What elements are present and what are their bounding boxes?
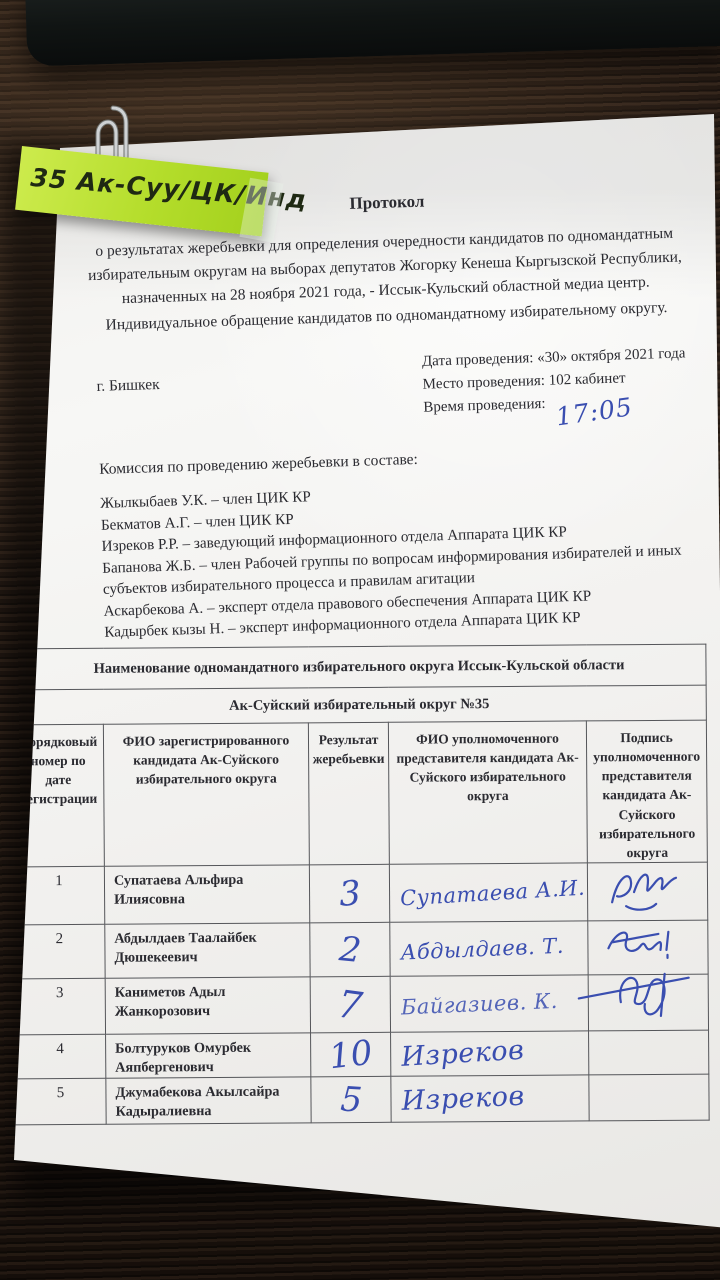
signature-scribble bbox=[600, 922, 696, 969]
representative-handwritten: Изреков bbox=[401, 1081, 525, 1117]
commission-list: Жылкыбаев У.К. – член ЦИК КР Бекматов А.… bbox=[100, 474, 698, 644]
cell-result: 2 bbox=[310, 922, 390, 977]
cell-signature bbox=[587, 862, 707, 921]
cell-number: 5 bbox=[15, 1078, 106, 1125]
cell-signature bbox=[589, 1030, 709, 1075]
cell-representative: Изреков bbox=[391, 1031, 589, 1076]
cell-candidate: Болтуруков Омурбек Аяпбергенович bbox=[106, 1033, 311, 1078]
cell-representative: Супатаева А.И. bbox=[389, 863, 587, 922]
time-label: Время проведения: bbox=[423, 392, 546, 419]
table-row: 4 Болтуруков Омурбек Аяпбергенович 10 Из… bbox=[15, 1030, 709, 1079]
cell-number: 1 bbox=[13, 866, 104, 925]
cell-signature bbox=[588, 920, 708, 975]
cell-representative: Байгазиев. К. bbox=[390, 975, 588, 1032]
table-district-header: Ак-Суйский избирательный округ №35 bbox=[12, 685, 706, 725]
cell-candidate: Абдылдаев Таалайбек Дюшекеевич bbox=[105, 923, 310, 978]
cell-number: 4 bbox=[15, 1034, 106, 1079]
photo-root: Протокол о результатах жеребьевки для оп… bbox=[0, 0, 720, 1280]
cell-result: 5 bbox=[311, 1076, 391, 1123]
lottery-table: Наименование одномандатного избирательно… bbox=[11, 644, 709, 1126]
result-handwritten: 2 bbox=[338, 932, 363, 968]
city-label: г. Бишкек bbox=[96, 376, 160, 396]
cell-candidate: Супатаева Альфира Илиясовна bbox=[104, 865, 309, 924]
commission-intro: Комиссия по проведению жеребьевки в сост… bbox=[99, 451, 418, 479]
cell-representative: Абдылдаев. Т. bbox=[390, 921, 588, 976]
signature-scribble bbox=[576, 968, 694, 1025]
doc-intro-paragraph: о результатах жеребьевки для определения… bbox=[70, 221, 700, 313]
result-handwritten: 7 bbox=[336, 984, 365, 1025]
result-handwritten: 5 bbox=[339, 1082, 363, 1117]
cell-number: 3 bbox=[14, 978, 105, 1035]
result-handwritten: 3 bbox=[337, 876, 361, 912]
table-row: 5 Джумабекова Акылсайра Кадыралиевна 5 И… bbox=[15, 1074, 709, 1125]
cell-signature bbox=[589, 1074, 709, 1121]
col-header-candidate: ФИО зарегистрированного кандидата Ак-Суй… bbox=[103, 723, 309, 867]
representative-handwritten: Байгазиев. К. bbox=[400, 988, 558, 1019]
signature-scribble bbox=[597, 864, 697, 915]
col-header-representative: ФИО уполномоченного представителя кандид… bbox=[388, 721, 587, 864]
representative-handwritten: Абдылдаев. Т. bbox=[400, 933, 564, 964]
table-region-header: Наименование одномандатного избирательно… bbox=[12, 644, 706, 690]
cell-number: 2 bbox=[14, 924, 105, 979]
table-row: 3 Каниметов Адыл Жанкорозович 7 Байгазие… bbox=[14, 974, 708, 1035]
meta-block: Дата проведения: «30» октября 2021 года … bbox=[422, 342, 688, 434]
representative-handwritten: Изреков bbox=[400, 1035, 525, 1073]
cell-result: 3 bbox=[309, 864, 389, 923]
time-handwritten: 17:05 bbox=[554, 388, 635, 436]
cell-candidate: Джумабекова Акылсайра Кадыралиевна bbox=[106, 1077, 311, 1124]
cell-representative: Изреков bbox=[391, 1075, 589, 1122]
cell-candidate: Каниметов Адыл Жанкорозович bbox=[105, 977, 310, 1034]
lottery-table-wrap: Наименование одномандатного избирательно… bbox=[11, 644, 708, 1126]
cell-result: 7 bbox=[310, 976, 390, 1033]
cell-signature bbox=[588, 974, 708, 1031]
result-handwritten: 10 bbox=[327, 1035, 374, 1074]
cell-result: 10 bbox=[311, 1032, 391, 1077]
representative-handwritten: Супатаева А.И. bbox=[400, 875, 586, 910]
table-row: 1 Супатаева Альфира Илиясовна 3 Супатаев… bbox=[13, 862, 707, 925]
time-line: Время проведения: 17:05 bbox=[423, 388, 688, 434]
col-header-signature: Подпись уполномоченного представителя ка… bbox=[586, 720, 707, 863]
col-header-result: Результат жеребьевки bbox=[308, 722, 389, 865]
